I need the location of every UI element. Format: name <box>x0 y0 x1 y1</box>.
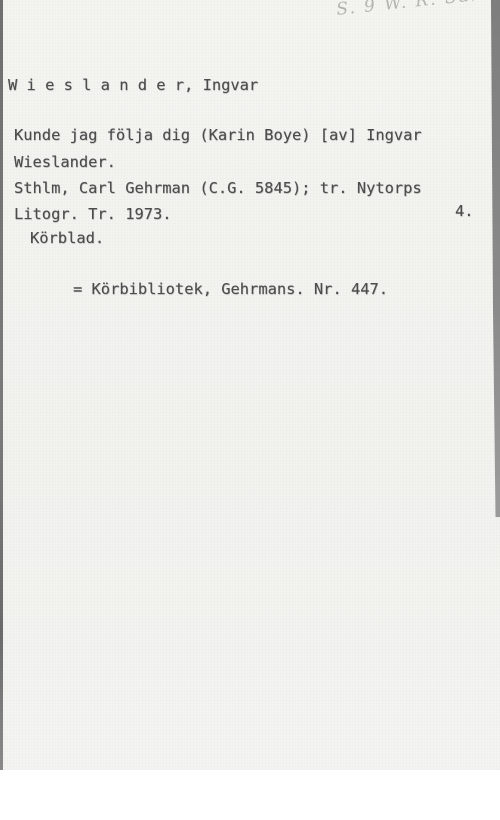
handwritten-annotation: S. 9 W. R. Sand. <box>335 0 500 20</box>
author-heading: W i e s l a n d e r, Ingvar <box>8 78 258 93</box>
series-note: = Körbibliotek, Gehrmans. Nr. 447. <box>73 282 388 297</box>
format-note: Körblad. <box>30 231 104 246</box>
card-left-edge <box>0 0 3 770</box>
title-line: Kunde jag följa dig (Karin Boye) [av] In… <box>14 128 422 143</box>
page-number-note: 4. <box>455 204 474 219</box>
title-line-continued: Wieslander. <box>14 155 116 170</box>
imprint-line: Sthlm, Carl Gehrman (C.G. 5845); tr. Nyt… <box>14 181 422 196</box>
imprint-line-continued: Litogr. Tr. 1973. <box>14 207 172 222</box>
catalog-card: S. 9 W. R. Sand. W i e s l a n d e r, In… <box>0 0 500 770</box>
